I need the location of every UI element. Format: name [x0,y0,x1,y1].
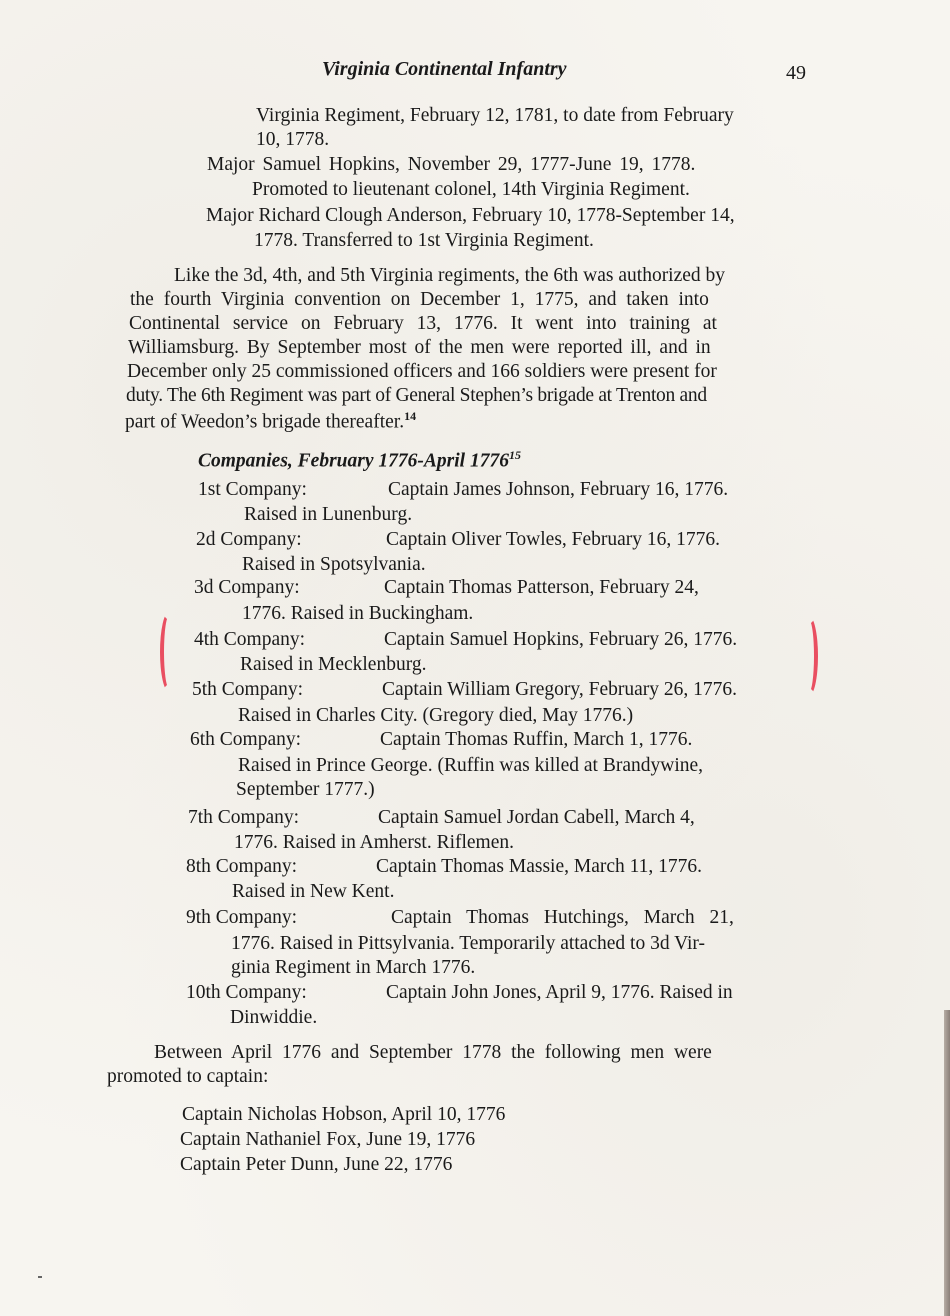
company-continuation: 1776. Raised in Amherst. Riflemen. [234,833,514,853]
company-captain: Captain Thomas Patterson, February 24, [384,577,699,598]
company-captain: Captain Oliver Towles, February 16, 1776… [386,529,720,550]
company-entry: 2d Company:Captain Oliver Towles, Februa… [196,530,720,550]
company-entry: 7th Company:Captain Samuel Jordan Cabell… [188,808,695,828]
page-number: 49 [786,62,806,85]
paragraph-line: Like the 3d, 4th, and 5th Virginia regim… [174,266,725,286]
company-continuation: Raised in Lunenburg. [244,505,412,525]
officer-line: Promoted to lieutenant colonel, 14th Vir… [252,180,690,200]
company-entry: 6th Company:Captain Thomas Ruffin, March… [190,730,692,750]
paragraph-line: Between April 1776 and September 1778 th… [154,1043,712,1063]
company-entry: 5th Company:Captain William Gregory, Feb… [192,680,737,700]
officer-line: 1778. Transferred to 1st Virginia Regime… [254,231,594,251]
red-bracket-left-annotation [160,612,178,692]
officer-line: 10, 1778. [256,130,329,150]
company-captain: Captain Samuel Jordan Cabell, March 4, [378,807,695,828]
company-captain: Captain Samuel Hopkins, February 26, 177… [384,629,737,650]
company-continuation: Raised in Prince George. (Ruffin was kil… [238,756,703,776]
paragraph-line: Continental service on February 13, 1776… [129,314,717,334]
section-heading: Companies, February 1776-April 177615 [198,449,521,471]
company-label: 3d Company: [194,578,384,598]
ink-speck [38,1276,42,1278]
company-continuation: Raised in Mecklenburg. [240,655,426,675]
company-captain: Captain Thomas Ruffin, March 1, 1776. [380,729,692,750]
company-continuation: 1776. Raised in Buckingham. [242,604,473,624]
promotion-item: Captain Peter Dunn, June 22, 1776 [180,1155,452,1175]
section-heading-text: Companies, February 1776-April 1776 [198,451,509,472]
page-edge-shadow [944,1010,950,1316]
paragraph-line: Williamsburg. By September most of the m… [128,338,711,358]
company-label: 10th Company: [186,983,386,1003]
company-continuation: Dinwiddie. [230,1008,317,1028]
company-entry: 9th Company:Captain Thomas Hutchings, Ma… [186,908,734,928]
company-entry: 8th Company:Captain Thomas Massie, March… [186,857,702,877]
company-label: 9th Company: [186,908,391,928]
company-captain: Captain William Gregory, February 26, 17… [382,679,737,700]
company-label: 8th Company: [186,857,376,877]
company-continuation: Raised in Charles City. (Gregory died, M… [238,706,633,726]
promotion-item: Captain Nathaniel Fox, June 19, 1776 [180,1130,475,1150]
officer-line: Virginia Regiment, February 12, 1781, to… [256,106,734,126]
running-title: Virginia Continental Infantry [322,58,567,81]
company-continuation: September 1777.) [236,780,375,800]
red-bracket-right-annotation [800,616,818,696]
company-label: 1st Company: [198,480,388,500]
company-entry: 10th Company:Captain John Jones, April 9… [186,983,733,1003]
paragraph-line: December only 25 commissioned officers a… [127,362,717,382]
company-label: 5th Company: [192,680,382,700]
company-captain: Captain James Johnson, February 16, 1776… [388,479,728,500]
company-continuation: Raised in New Kent. [232,882,394,902]
paragraph-text: part of Weedon’s brigade thereafter. [125,412,404,433]
company-entry: 1st Company:Captain James Johnson, Febru… [198,480,728,500]
company-entry: 3d Company:Captain Thomas Patterson, Feb… [194,578,699,598]
promotion-item: Captain Nicholas Hobson, April 10, 1776 [182,1105,505,1125]
book-page: Virginia Continental Infantry 49 Virgini… [0,0,950,1316]
company-entry: 4th Company:Captain Samuel Hopkins, Febr… [194,630,737,650]
paragraph-line: the fourth Virginia convention on Decemb… [130,290,709,310]
company-captain: Captain John Jones, April 9, 1776. Raise… [386,982,733,1003]
company-captain: Captain Thomas Massie, March 11, 1776. [376,856,702,877]
officer-line: Major Samuel Hopkins, November 29, 1777-… [207,155,695,175]
company-label: 6th Company: [190,730,380,750]
company-label: 7th Company: [188,808,378,828]
paragraph-line: duty. The 6th Regiment was part of Gener… [126,386,707,406]
footnote-ref: 14 [404,409,416,423]
footnote-ref: 15 [509,448,521,462]
paragraph-line: promoted to captain: [107,1067,268,1087]
company-continuation: Raised in Spotsylvania. [242,555,426,575]
company-continuation: 1776. Raised in Pittsylvania. Temporaril… [231,934,705,954]
company-continuation: ginia Regiment in March 1776. [231,958,475,978]
company-captain: Captain Thomas Hutchings, March 21, [391,907,734,928]
officer-line: Major Richard Clough Anderson, February … [206,206,735,226]
paragraph-line: part of Weedon’s brigade thereafter.14 [125,410,416,432]
company-label: 4th Company: [194,630,384,650]
company-label: 2d Company: [196,530,386,550]
